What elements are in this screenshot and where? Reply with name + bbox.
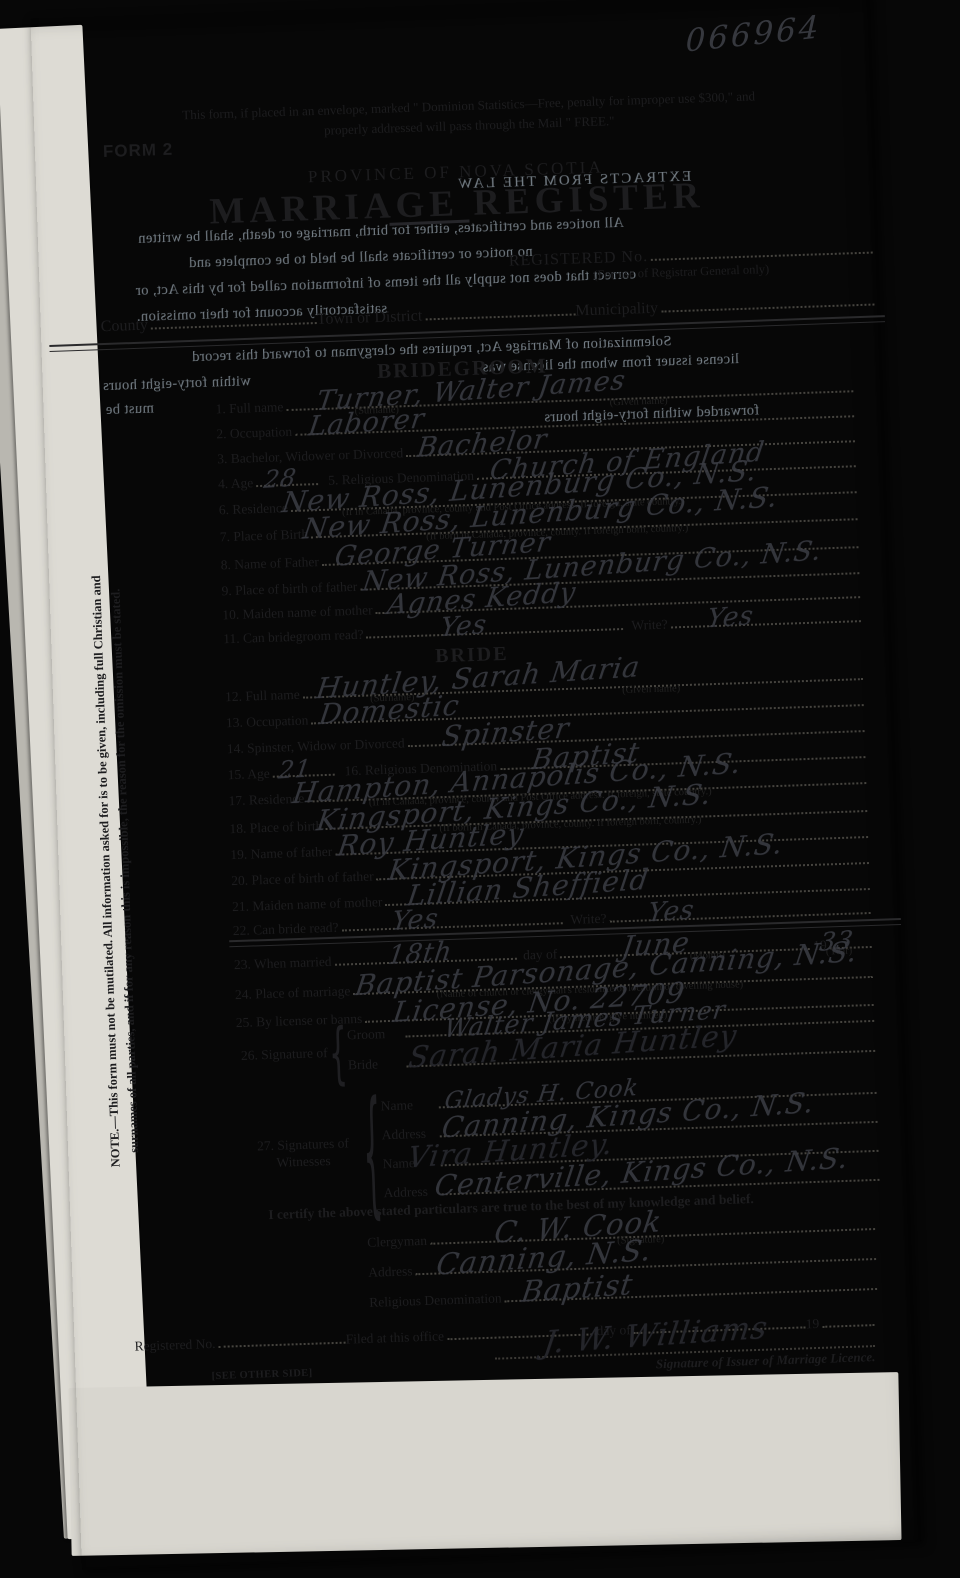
field-label: 14. Spinster, Widow or Divorced: [227, 735, 408, 757]
field-label: 10. Maiden name of mother: [222, 602, 376, 623]
handwritten-value: Yes: [705, 603, 755, 632]
field-label: 8. Name of Father: [220, 554, 322, 573]
field-label: 1. Full name: [215, 399, 286, 417]
dotted-line: Canning, N.S.: [415, 1243, 876, 1275]
registered-no-label: Registered No.: [134, 1336, 218, 1355]
row-bride-signature: Bride Sarah Maria Huntley: [348, 1035, 876, 1082]
name-label: Name: [381, 1096, 439, 1114]
dotted-line: [218, 1327, 346, 1348]
address-label: Address: [368, 1263, 416, 1281]
signature-block: 26. Signature of { Groom Walter James Tu…: [240, 1005, 876, 1086]
county-label: County: [100, 317, 151, 337]
filed-label: Filed at this office: [345, 1328, 447, 1347]
clergyman-label: Clergyman: [367, 1233, 430, 1251]
handwritten-value: Yes: [390, 905, 440, 934]
dotted-line: Yes: [341, 907, 562, 931]
field-label: 3. Bachelor, Widower or Divorced: [217, 445, 407, 467]
field-label: 12. Full name: [225, 687, 303, 706]
field-label: 2. Occupation: [216, 424, 295, 443]
dotted-line: Centerville, Kings Co., N.S.: [441, 1164, 879, 1196]
dotted-line: [661, 289, 875, 313]
field-label: 24. Place of marriage: [235, 983, 354, 1003]
bleedthrough-text: no notice or certificate shall be held t…: [188, 244, 532, 272]
signature-of-label: 26. Signature of: [241, 1045, 328, 1064]
clergy-block: Clergyman C. W. Cook (Signature) Address…: [367, 1213, 878, 1320]
form-number-label: FORM 2: [103, 140, 174, 162]
dotted-line: Yes: [670, 605, 861, 628]
field-label: 11. Can bridegroom read?: [223, 627, 367, 648]
field-label: 18. Place of birth: [229, 818, 325, 837]
field-label: 21. Maiden name of mother: [232, 894, 386, 915]
handwritten-value: Yes: [646, 897, 696, 926]
field-label: 9. Place of birth of father: [221, 579, 360, 600]
field-label: 7. Place of Birth: [220, 526, 312, 545]
marriage-register-page: EXTRACTS FROM THE LAW All notices and ce…: [31, 0, 922, 1569]
field-label: 19. Name of father: [230, 844, 335, 863]
witnesses-label: 27. Signatures of Witnesses: [244, 1135, 363, 1173]
field-label: Write?: [562, 911, 610, 929]
brace: {: [327, 1013, 348, 1093]
field-label: 4. Age: [218, 475, 257, 492]
groom-label: Groom: [347, 1025, 405, 1043]
see-other-side-note: [SEE OTHER SIDE]: [211, 1368, 312, 1382]
handwritten-value: Domestic: [317, 691, 461, 729]
dotted-line: [425, 298, 576, 320]
town-label: Town or District: [317, 307, 426, 329]
municipality-label: Municipality: [575, 300, 661, 321]
margin-note: NOTE.—This form must not be mutilated. A…: [86, 550, 155, 1191]
bleedthrough-text: must be: [105, 400, 154, 419]
dotted-line: Sarah Maria Huntley: [406, 1035, 876, 1068]
hint-given-name: (Given name): [622, 683, 680, 696]
dotted-line: [651, 237, 873, 261]
denomination-label: Religious Denomination: [369, 1290, 505, 1310]
field-label: 20. Place of birth of father: [231, 868, 377, 889]
dotted-line: [822, 1309, 875, 1328]
handwritten-value: Yes: [439, 612, 489, 641]
handwritten-doc-number: 066964: [685, 9, 822, 59]
denomination-value: Baptist: [520, 1270, 636, 1307]
field-label: 15. Age: [227, 766, 273, 783]
field-label: 23. When married: [234, 954, 335, 973]
field-label: Write?: [623, 616, 671, 634]
scan-background: EXTRACTS FROM THE LAW All notices and ce…: [0, 0, 960, 1578]
field-label: 13. Occupation: [226, 712, 312, 731]
witnesses-block: 27. Signatures of Witnesses { Name Glady…: [242, 1077, 879, 1214]
handwritten-value: Laborer: [307, 405, 427, 440]
